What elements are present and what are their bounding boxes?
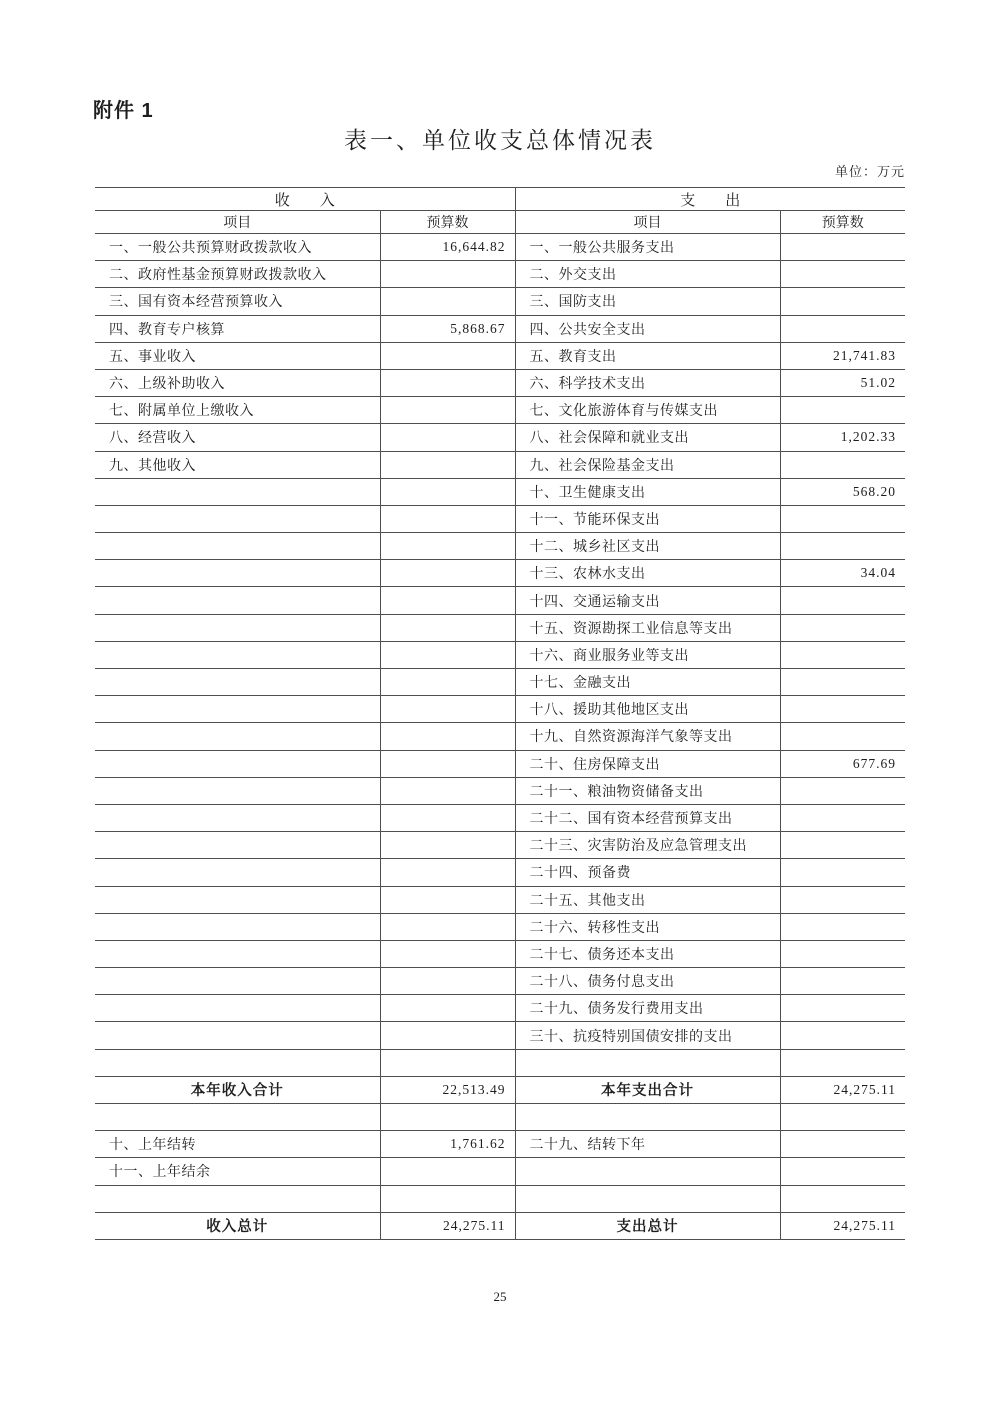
income-item-cell: 九、其他收入 <box>95 451 380 478</box>
income-item-cell <box>95 913 380 940</box>
income-item-cell <box>95 614 380 641</box>
expense-value-cell <box>780 669 905 696</box>
expense-value-cell <box>780 1185 905 1212</box>
expense-value-cell: 21,741.83 <box>780 342 905 369</box>
expense-item-cell: 十二、城乡社区支出 <box>515 533 780 560</box>
budget-table: 收 入 支 出 项目 预算数 项目 预算数 一、一般公共预算财政拨款收入16,6… <box>95 187 905 1240</box>
income-value-cell: 1,761.62 <box>380 1131 515 1158</box>
income-value-cell <box>380 1104 515 1131</box>
table-row: 本年收入合计22,513.49本年支出合计24,275.11 <box>95 1076 905 1103</box>
income-value-cell <box>380 261 515 288</box>
table-row: 七、附属单位上缴收入七、文化旅游体育与传媒支出 <box>95 397 905 424</box>
table-row: 九、其他收入九、社会保险基金支出 <box>95 451 905 478</box>
income-value-cell <box>380 614 515 641</box>
income-value-cell <box>380 478 515 505</box>
expense-item-cell: 七、文化旅游体育与传媒支出 <box>515 397 780 424</box>
expense-item-cell: 二、外交支出 <box>515 261 780 288</box>
expense-item-cell: 二十七、债务还本支出 <box>515 940 780 967</box>
income-value-cell: 16,644.82 <box>380 234 515 261</box>
expense-section-header: 支 出 <box>515 188 905 211</box>
income-item-cell <box>95 723 380 750</box>
table-header: 收 入 支 出 项目 预算数 项目 预算数 <box>95 188 905 234</box>
income-value-cell <box>380 369 515 396</box>
income-value-cell <box>380 1049 515 1076</box>
table-row: 十六、商业服务业等支出 <box>95 641 905 668</box>
expense-item-cell: 二十五、其他支出 <box>515 886 780 913</box>
income-value-cell: 5,868.67 <box>380 315 515 342</box>
income-item-cell <box>95 560 380 587</box>
expense-value-cell: 24,275.11 <box>780 1212 905 1239</box>
expense-value-cell <box>780 859 905 886</box>
expense-value-cell <box>780 1104 905 1131</box>
expense-value-cell: 1,202.33 <box>780 424 905 451</box>
income-item-cell: 三、国有资本经营预算收入 <box>95 288 380 315</box>
table-row: 五、事业收入五、教育支出21,741.83 <box>95 342 905 369</box>
income-value-cell <box>380 560 515 587</box>
income-value-cell <box>380 723 515 750</box>
expense-item-cell: 十九、自然资源海洋气象等支出 <box>515 723 780 750</box>
expense-item-cell: 八、社会保障和就业支出 <box>515 424 780 451</box>
income-item-cell <box>95 587 380 614</box>
expense-item-cell: 二十九、结转下年 <box>515 1131 780 1158</box>
expense-value-cell <box>780 641 905 668</box>
expense-value-cell <box>780 886 905 913</box>
table-row: 二十八、债务付息支出 <box>95 968 905 995</box>
income-item-cell <box>95 832 380 859</box>
expense-item-cell: 二十二、国有资本经营预算支出 <box>515 804 780 831</box>
income-item-cell <box>95 859 380 886</box>
expense-value-cell <box>780 234 905 261</box>
expense-value-cell <box>780 261 905 288</box>
income-item-cell <box>95 478 380 505</box>
expense-item-cell: 二十一、粮油物资储备支出 <box>515 777 780 804</box>
expense-value-cell: 24,275.11 <box>780 1076 905 1103</box>
expense-item-cell <box>515 1158 780 1185</box>
income-value-cell <box>380 1022 515 1049</box>
expense-value-cell <box>780 995 905 1022</box>
income-item-cell: 四、教育专户核算 <box>95 315 380 342</box>
table-row: 二十九、债务发行费用支出 <box>95 995 905 1022</box>
income-item-cell: 五、事业收入 <box>95 342 380 369</box>
table-row: 二十一、粮油物资储备支出 <box>95 777 905 804</box>
income-item-cell <box>95 696 380 723</box>
expense-item-cell: 支出总计 <box>515 1212 780 1239</box>
income-value-cell <box>380 288 515 315</box>
table-row: 二十六、转移性支出 <box>95 913 905 940</box>
expense-value-cell: 34.04 <box>780 560 905 587</box>
expense-value-cell <box>780 804 905 831</box>
income-value-cell <box>380 804 515 831</box>
income-item-cell: 十一、上年结余 <box>95 1158 380 1185</box>
expense-value-cell <box>780 1131 905 1158</box>
table-row: 二十五、其他支出 <box>95 886 905 913</box>
attachment-label: 附件 1 <box>93 94 154 123</box>
table-row: 二、政府性基金预算财政拨款收入二、外交支出 <box>95 261 905 288</box>
income-value-cell <box>380 424 515 451</box>
expense-item-cell: 十三、农林水支出 <box>515 560 780 587</box>
income-item-cell: 十、上年结转 <box>95 1131 380 1158</box>
expense-item-cell: 十一、节能环保支出 <box>515 505 780 532</box>
income-item-cell <box>95 669 380 696</box>
income-item-column-header: 项目 <box>95 211 380 234</box>
expense-value-cell <box>780 696 905 723</box>
income-value-cell <box>380 397 515 424</box>
table-row: 十九、自然资源海洋气象等支出 <box>95 723 905 750</box>
expense-item-cell: 本年支出合计 <box>515 1076 780 1103</box>
income-item-cell <box>95 995 380 1022</box>
income-value-cell <box>380 451 515 478</box>
expense-value-cell <box>780 968 905 995</box>
income-budget-column-header: 预算数 <box>380 211 515 234</box>
table-row: 四、教育专户核算5,868.67四、公共安全支出 <box>95 315 905 342</box>
income-value-cell: 24,275.11 <box>380 1212 515 1239</box>
expense-value-cell <box>780 913 905 940</box>
page-title: 表一、单位收支总体情况表 <box>0 122 1000 155</box>
income-section-header: 收 入 <box>95 188 515 211</box>
table-row: 十五、资源勘探工业信息等支出 <box>95 614 905 641</box>
expense-item-cell: 九、社会保险基金支出 <box>515 451 780 478</box>
expense-item-cell: 二十三、灾害防治及应急管理支出 <box>515 832 780 859</box>
income-value-cell <box>380 777 515 804</box>
income-item-cell: 一、一般公共预算财政拨款收入 <box>95 234 380 261</box>
income-item-cell <box>95 1185 380 1212</box>
income-value-cell <box>380 832 515 859</box>
table-row: 二十、住房保障支出677.69 <box>95 750 905 777</box>
table-row: 收入总计24,275.11支出总计24,275.11 <box>95 1212 905 1239</box>
expense-item-cell: 十八、援助其他地区支出 <box>515 696 780 723</box>
table-row: 二十四、预备费 <box>95 859 905 886</box>
table-row <box>95 1185 905 1212</box>
expense-item-column-header: 项目 <box>515 211 780 234</box>
table-row: 十七、金融支出 <box>95 669 905 696</box>
expense-value-cell <box>780 614 905 641</box>
table-row <box>95 1049 905 1076</box>
income-item-cell <box>95 533 380 560</box>
unit-note: 单位：万元 <box>95 161 905 180</box>
income-value-cell <box>380 669 515 696</box>
table-row: 三、国有资本经营预算收入三、国防支出 <box>95 288 905 315</box>
expense-item-cell: 十、卫生健康支出 <box>515 478 780 505</box>
expense-value-cell <box>780 505 905 532</box>
expense-value-cell <box>780 777 905 804</box>
income-item-cell <box>95 641 380 668</box>
expense-item-cell: 二十八、债务付息支出 <box>515 968 780 995</box>
income-value-cell <box>380 342 515 369</box>
table-body: 一、一般公共预算财政拨款收入16,644.82一、一般公共服务支出二、政府性基金… <box>95 234 905 1240</box>
table-row: 十三、农林水支出34.04 <box>95 560 905 587</box>
expense-item-cell: 十七、金融支出 <box>515 669 780 696</box>
expense-item-cell: 二十、住房保障支出 <box>515 750 780 777</box>
expense-item-cell: 二十六、转移性支出 <box>515 913 780 940</box>
income-item-cell <box>95 750 380 777</box>
income-value-cell <box>380 968 515 995</box>
expense-value-cell <box>780 533 905 560</box>
table-row: 二十三、灾害防治及应急管理支出 <box>95 832 905 859</box>
income-item-cell <box>95 1049 380 1076</box>
income-item-cell: 本年收入合计 <box>95 1076 380 1103</box>
income-item-cell <box>95 1104 380 1131</box>
page-number: 25 <box>0 1289 1000 1305</box>
expense-value-cell <box>780 940 905 967</box>
income-value-cell <box>380 533 515 560</box>
table-row: 十一、上年结余 <box>95 1158 905 1185</box>
income-value-cell <box>380 750 515 777</box>
expense-value-cell <box>780 397 905 424</box>
income-value-cell <box>380 886 515 913</box>
expense-item-cell: 二十九、债务发行费用支出 <box>515 995 780 1022</box>
expense-item-cell: 四、公共安全支出 <box>515 315 780 342</box>
column-header-row: 项目 预算数 项目 预算数 <box>95 211 905 234</box>
table-row: 十四、交通运输支出 <box>95 587 905 614</box>
expense-item-cell: 六、科学技术支出 <box>515 369 780 396</box>
section-header-row: 收 入 支 出 <box>95 188 905 211</box>
income-value-cell <box>380 505 515 532</box>
expense-item-cell: 二十四、预备费 <box>515 859 780 886</box>
table-row: 十八、援助其他地区支出 <box>95 696 905 723</box>
expense-value-cell <box>780 1049 905 1076</box>
income-item-cell: 六、上级补助收入 <box>95 369 380 396</box>
expense-item-cell: 十六、商业服务业等支出 <box>515 641 780 668</box>
expense-item-cell: 一、一般公共服务支出 <box>515 234 780 261</box>
expense-item-cell: 三十、抗疫特别国债安排的支出 <box>515 1022 780 1049</box>
expense-value-cell <box>780 1158 905 1185</box>
table-row: 十、上年结转1,761.62二十九、结转下年 <box>95 1131 905 1158</box>
table-row: 十一、节能环保支出 <box>95 505 905 532</box>
income-value-cell: 22,513.49 <box>380 1076 515 1103</box>
income-item-cell <box>95 505 380 532</box>
expense-value-cell <box>780 832 905 859</box>
expense-item-cell <box>515 1104 780 1131</box>
table-row: 三十、抗疫特别国债安排的支出 <box>95 1022 905 1049</box>
expense-item-cell: 三、国防支出 <box>515 288 780 315</box>
income-item-cell: 七、附属单位上缴收入 <box>95 397 380 424</box>
income-item-cell: 收入总计 <box>95 1212 380 1239</box>
income-value-cell <box>380 913 515 940</box>
document-page: { "doc": { "attachment_label": "附件 1", "… <box>0 0 1000 1414</box>
expense-value-cell: 568.20 <box>780 478 905 505</box>
income-item-cell <box>95 968 380 995</box>
expense-budget-column-header: 预算数 <box>780 211 905 234</box>
expense-value-cell <box>780 451 905 478</box>
table-row: 二十二、国有资本经营预算支出 <box>95 804 905 831</box>
income-item-cell <box>95 886 380 913</box>
table-row: 十二、城乡社区支出 <box>95 533 905 560</box>
table-row: 十、卫生健康支出568.20 <box>95 478 905 505</box>
table-row: 六、上级补助收入六、科学技术支出51.02 <box>95 369 905 396</box>
income-item-cell <box>95 1022 380 1049</box>
table-row: 一、一般公共预算财政拨款收入16,644.82一、一般公共服务支出 <box>95 234 905 261</box>
expense-value-cell <box>780 288 905 315</box>
expense-value-cell <box>780 587 905 614</box>
expense-value-cell: 677.69 <box>780 750 905 777</box>
expense-item-cell: 十五、资源勘探工业信息等支出 <box>515 614 780 641</box>
expense-value-cell <box>780 1022 905 1049</box>
table-row: 八、经营收入八、社会保障和就业支出1,202.33 <box>95 424 905 451</box>
income-value-cell <box>380 1158 515 1185</box>
expense-value-cell <box>780 315 905 342</box>
expense-value-cell: 51.02 <box>780 369 905 396</box>
income-item-cell <box>95 804 380 831</box>
income-value-cell <box>380 1185 515 1212</box>
table-row <box>95 1104 905 1131</box>
income-value-cell <box>380 940 515 967</box>
expense-item-cell <box>515 1185 780 1212</box>
expense-item-cell: 十四、交通运输支出 <box>515 587 780 614</box>
table-row: 二十七、债务还本支出 <box>95 940 905 967</box>
income-value-cell <box>380 641 515 668</box>
income-item-cell: 二、政府性基金预算财政拨款收入 <box>95 261 380 288</box>
income-item-cell <box>95 940 380 967</box>
income-value-cell <box>380 587 515 614</box>
expense-item-cell <box>515 1049 780 1076</box>
expense-item-cell: 五、教育支出 <box>515 342 780 369</box>
expense-value-cell <box>780 723 905 750</box>
income-value-cell <box>380 696 515 723</box>
income-value-cell <box>380 859 515 886</box>
income-item-cell <box>95 777 380 804</box>
income-value-cell <box>380 995 515 1022</box>
income-item-cell: 八、经营收入 <box>95 424 380 451</box>
